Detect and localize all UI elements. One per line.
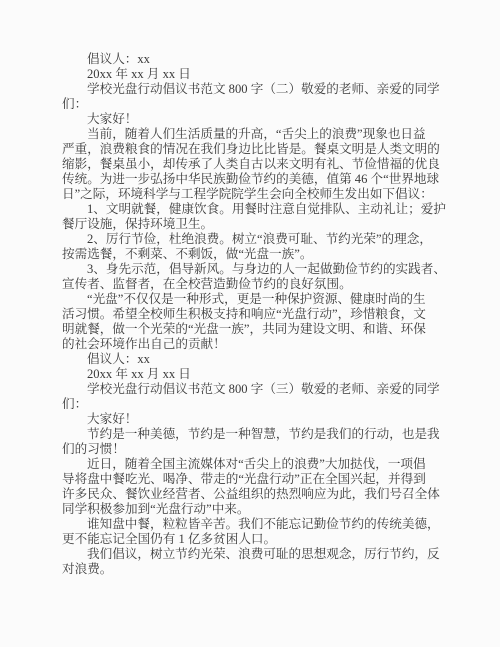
text-line: 宣传者、监督者，在全校营造勤俭节约的良好氛围。 (62, 277, 439, 292)
text-line: 20xx 年 xx 月 xx 日 (62, 367, 439, 382)
text-line: 餐厅设施，保持环境卫生。 (62, 217, 439, 232)
text-line: 导将盘中餐吃光、喝净、带走的“光盘行动”正在全国兴起，并得到 (62, 472, 439, 487)
text-line: 按需选餐，不剩菜、不剩饭，做“光盘一族”。 (62, 247, 439, 262)
text-line: “光盘”不仅仅是一种形式，更是一种保护资源、健康时尚的生 (62, 292, 439, 307)
text-line: 同学积极参加到“光盘行动”中来。 (62, 502, 439, 517)
text-line: 缩影，餐桌虽小，却传承了人类自古以来文明有礼、节俭惜福的优良 (62, 157, 439, 172)
text-line: 当前，随着人们生活质量的升高，“舌尖上的浪费”现象也日益 (62, 127, 439, 142)
text-line: 3、身先示范，倡导新风。与身边的人一起做勤俭节约的实践者、 (62, 262, 439, 277)
text-line: 严重，浪费粮食的情况在我们身边比比皆是。餐桌文明是人类文明的 (62, 142, 439, 157)
text-line: 的社会环境作出自己的贡献！ (62, 337, 439, 352)
text-line: 节约是一种美德，节约是一种智慧，节约是我们的行动，也是我 (62, 427, 439, 442)
text-line: 我们倡议，树立节约光荣、浪费可耻的思想观念，厉行节约，反 (62, 547, 439, 562)
text-line: 倡议人：xx (62, 352, 439, 367)
text-line: 活习惯。希望全校师生积极支持和响应“光盘行动”，珍惜粮食，文 (62, 307, 439, 322)
text-line: 近日，随着全国主流媒体对“舌尖上的浪费”大加挞伐，一项倡 (62, 457, 439, 472)
document-page: 倡议人：xx20xx 年 xx 月 xx 日学校光盘行动倡议书范文 800 字（… (0, 0, 500, 647)
text-line: 倡议人：xx (62, 52, 439, 67)
text-line: 2、厉行节俭，杜绝浪费。树立“浪费可耻、节约光荣”的理念， (62, 232, 439, 247)
text-line: 大家好！ (62, 412, 439, 427)
text-line: 学校光盘行动倡议书范文 800 字（二）敬爱的老师、亲爱的同学 (62, 82, 439, 97)
text-line: 传统。为进一步弘扬中华民族勤俭节约的美德，值第 46 个“世界地球 (62, 172, 439, 187)
text-line: 学校光盘行动倡议书范文 800 字（三）敬爱的老师、亲爱的同学 (62, 382, 439, 397)
text-line: 们的习惯！ (62, 442, 439, 457)
text-line: 1、文明就餐，健康饮食。用餐时注意自觉排队、主动礼让；爱护 (62, 202, 439, 217)
document-body: 倡议人：xx20xx 年 xx 月 xx 日学校光盘行动倡议书范文 800 字（… (62, 52, 439, 577)
text-line: 更不能忘记全国仍有 1 亿多贫困人口。 (62, 532, 439, 547)
text-line: 日”之际，环境科学与工程学院院学生会向全校师生发出如下倡议： (62, 187, 439, 202)
text-line: 对浪费。 (62, 562, 439, 577)
text-line: 们： (62, 97, 439, 112)
text-line: 谁知盘中餐，粒粒皆辛苦。我们不能忘记勤俭节约的传统美德， (62, 517, 439, 532)
text-line: 们： (62, 397, 439, 412)
text-line: 大家好！ (62, 112, 439, 127)
text-line: 20xx 年 xx 月 xx 日 (62, 67, 439, 82)
text-line: 许多民众、餐饮业经营者、公益组织的热烈响应为此，我们号召全体 (62, 487, 439, 502)
text-line: 明就餐，做一个光荣的“光盘一族”，共同为建设文明、和谐、环保 (62, 322, 439, 337)
